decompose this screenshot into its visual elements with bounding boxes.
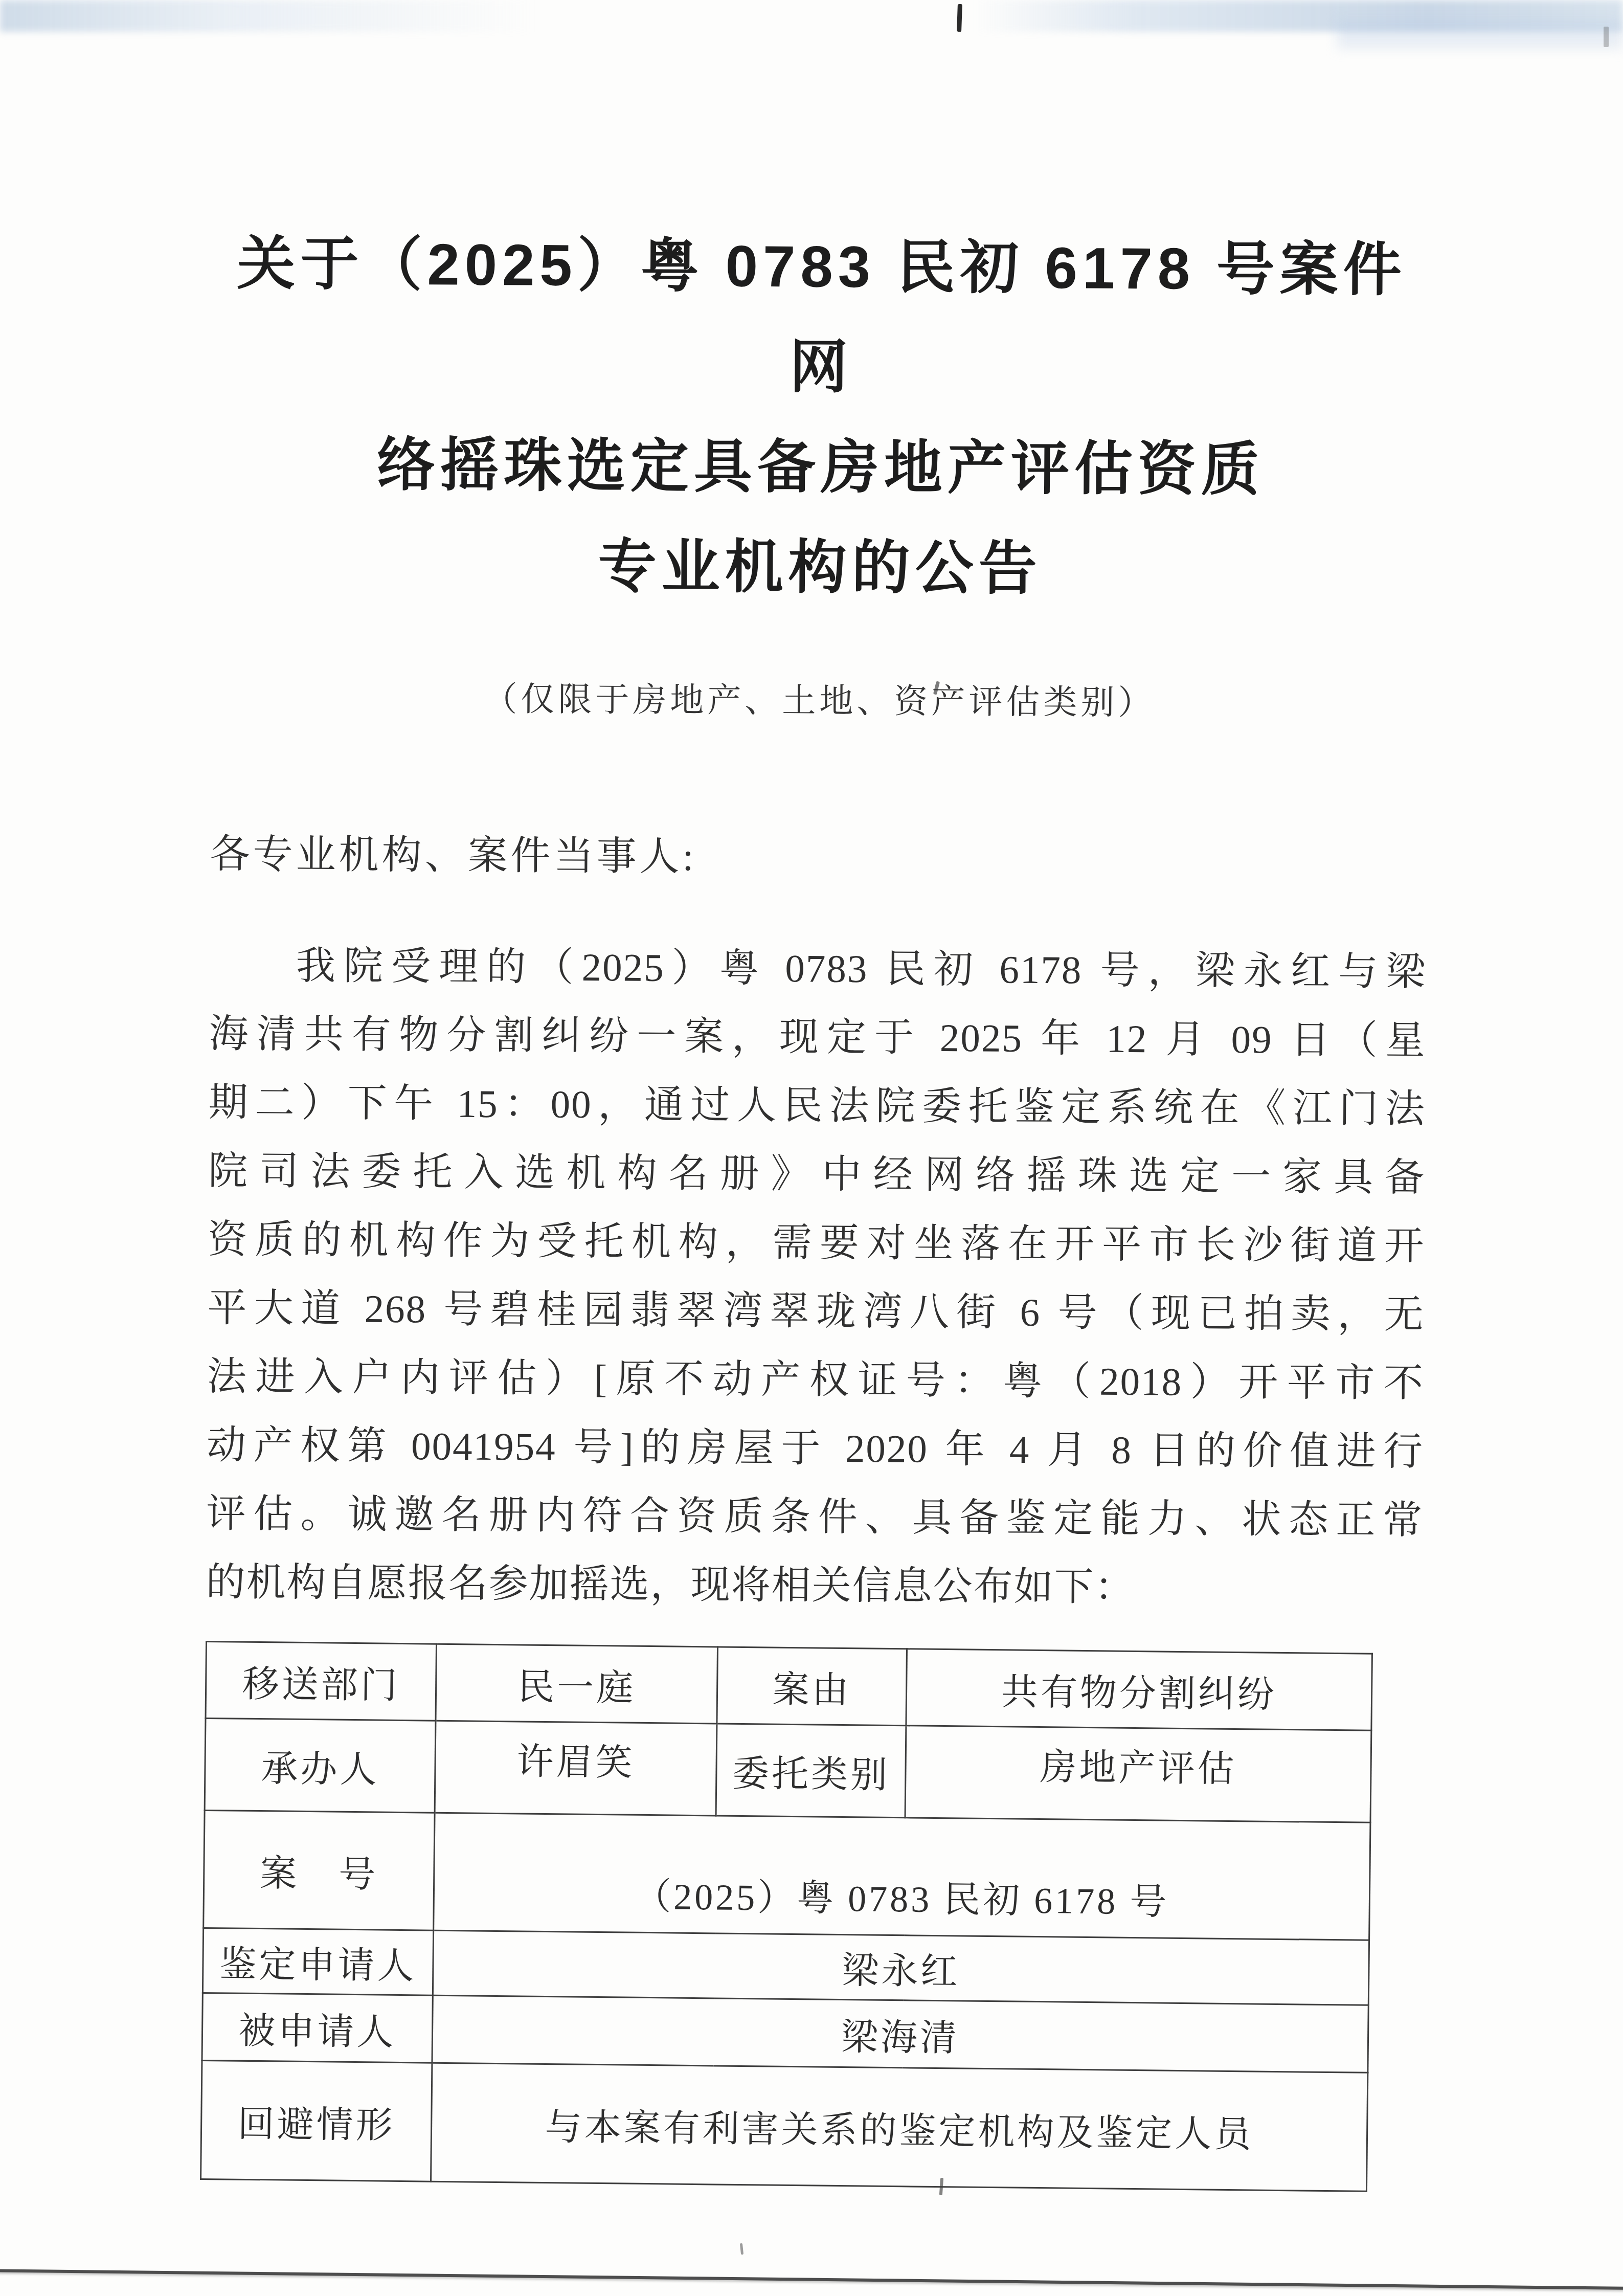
cell-respondent-value: 梁海清 [432,1995,1368,2072]
cell-recusal-value: 与本案有利害关系的鉴定机构及鉴定人员 [431,2063,1368,2191]
body-line: 法进入户内评估）[原不动产权证号：粤（2018）开平市不 [207,1342,1425,1417]
cell-transfer-dept-value: 民一庭 [436,1644,718,1724]
cell-entrust-type-value: 房地产评估 [905,1726,1371,1823]
scanned-document-page: 关于（2025）粤 0783 民初 6178 号案件网 络摇珠选定具备房地产评估… [0,0,1623,2296]
body-line: 期二）下午 15：00，通过人民法院委托鉴定系统在《江门法 [209,1068,1426,1143]
cell-cause-value: 共有物分割纠纷 [906,1649,1372,1731]
title-line-2: 络摇珠选定具备房地产评估资质 [212,414,1429,521]
cell-applicant-value: 梁永红 [433,1930,1369,2005]
cell-case-number-label: 案 号 [204,1810,435,1930]
scan-speck [740,2243,743,2255]
body-line: 我院受理的（2025）粤 0783 民初 6178 号，梁永红与梁 [209,931,1427,1006]
table-row: 移送部门 民一庭 案由 共有物分割纠纷 [206,1641,1372,1730]
cell-cause-label: 案由 [717,1647,907,1726]
body-line: 的机构自愿报名参加摇选，现将相关信息公布如下： [206,1548,1423,1623]
table-row: 案 号 （2025）粤 0783 民初 6178 号 [204,1810,1370,1940]
document-title: 关于（2025）粤 0783 民初 6178 号案件网 络摇珠选定具备房地产评估… [211,214,1430,621]
cell-transfer-dept-label: 移送部门 [206,1641,437,1721]
body-line: 评估。诚邀名册内符合资质条件、具备鉴定能力、状态正常 [206,1479,1424,1554]
scan-artifact-paper-edge [0,2269,1623,2290]
body-line: 院司法委托入选机构名册》中经网络摇珠选定一家具备 [208,1136,1426,1212]
body-line: 平大道 268 号碧桂园翡翠湾翠珑湾八街 6 号（现已拍卖，无 [207,1274,1425,1349]
cell-respondent-label: 被申请人 [202,1993,433,2063]
case-info-table: 移送部门 民一庭 案由 共有物分割纠纷 承办人 许眉笑 委托类别 房地产评估 案… [200,1641,1373,2192]
cell-applicant-label: 鉴定申请人 [202,1928,433,1995]
salutation-line: 各专业机构、案件当事人: [210,829,1427,886]
body-paragraph: 我院受理的（2025）粤 0783 民初 6178 号，梁永红与梁 海清共有物分… [206,931,1426,1623]
table-row: 鉴定申请人 梁永红 [202,1928,1369,2005]
body-line: 动产权第 0041954 号]的房屋于 2020 年 4 月 8 日的价值进行 [207,1411,1424,1486]
cell-handler-label: 承办人 [205,1718,436,1813]
document-content: 关于（2025）粤 0783 民初 6178 号案件网 络摇珠选定具备房地产评估… [0,0,1623,2188]
table-row: 承办人 许眉笑 委托类别 房地产评估 [205,1718,1371,1822]
cell-recusal-label: 回避情形 [201,2060,432,2181]
document-subtitle: （仅限于房地产、土地、资产评估类别） [211,675,1428,728]
body-line: 资质的机构作为受托机构，需要对坐落在开平市长沙街道开 [208,1205,1425,1280]
cell-handler-value: 许眉笑 [435,1721,717,1816]
table-row: 回避情形 与本案有利害关系的鉴定机构及鉴定人员 [201,2060,1368,2191]
title-line-1: 关于（2025）粤 0783 民初 6178 号案件网 [212,214,1430,421]
cell-entrust-type-label: 委托类别 [716,1724,906,1818]
title-line-3: 专业机构的公告 [211,515,1429,621]
cell-case-number-value: （2025）粤 0783 民初 6178 号 [434,1813,1370,1940]
table-row: 被申请人 梁海清 [202,1993,1368,2072]
body-line: 海清共有物分割纠纷一案，现定于 2025 年 12 月 09 日（星 [209,999,1426,1075]
